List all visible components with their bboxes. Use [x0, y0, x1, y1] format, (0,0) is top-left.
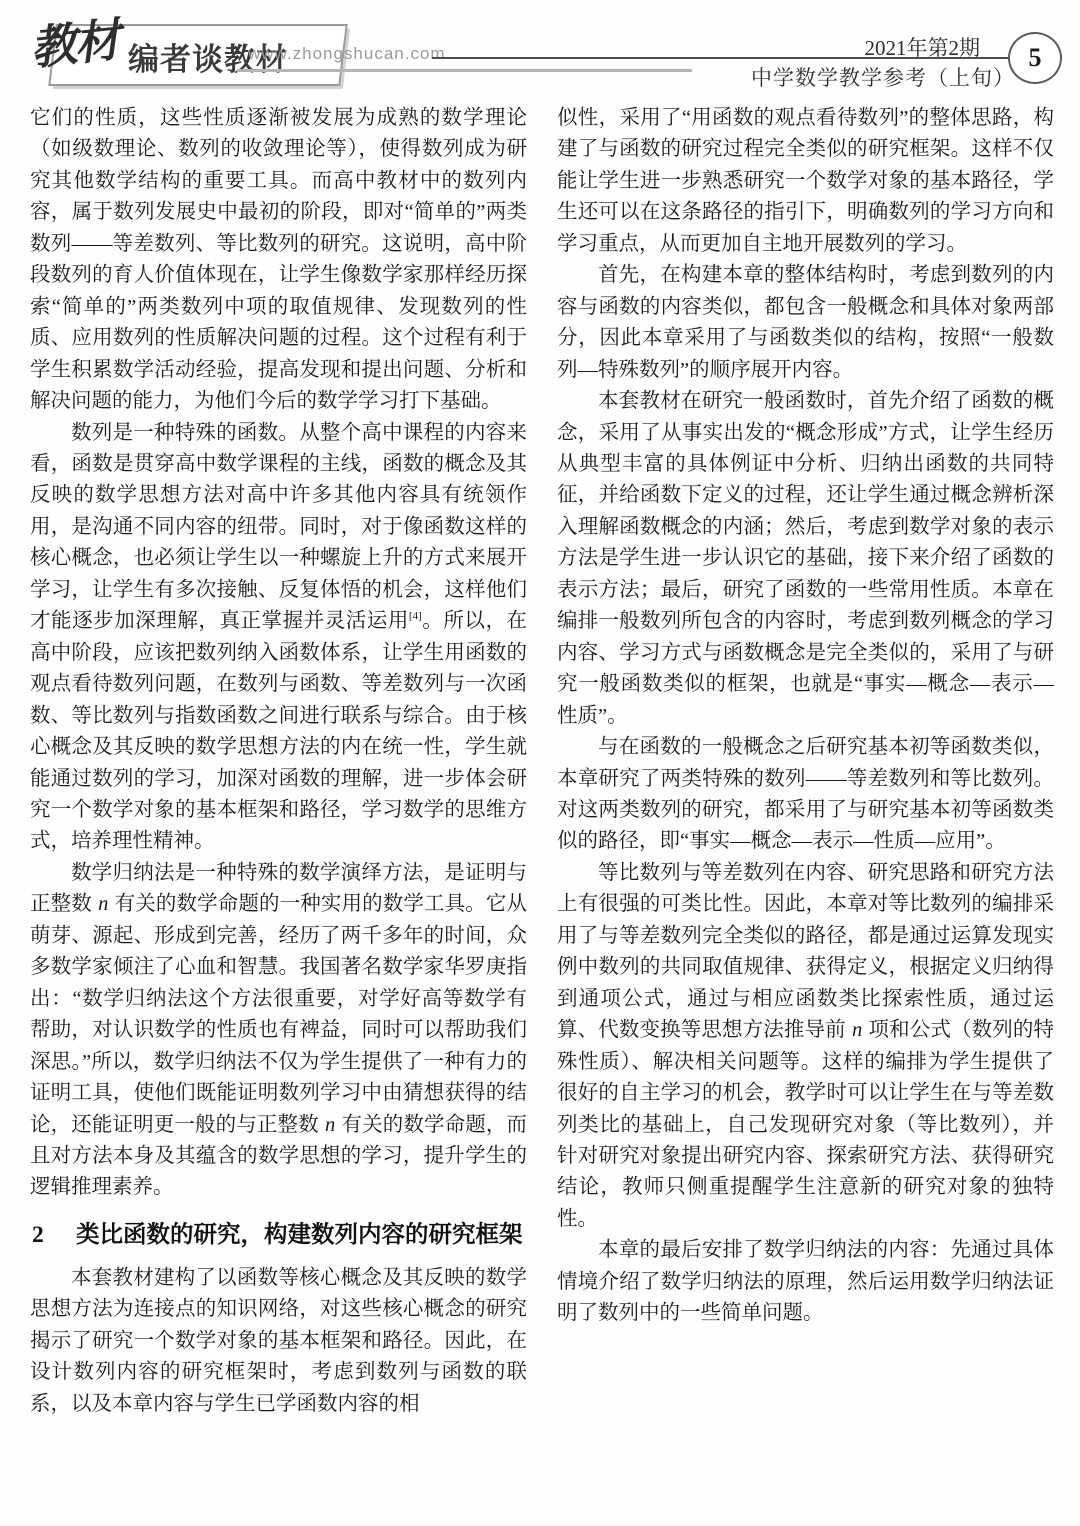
paragraph: 本章的最后安排了数学归纳法的内容：先通过具体情境介绍了数学归纳法的原理，然后运用…: [557, 1235, 1054, 1329]
page-header: 教材 编者谈教材 www.zhongshucan.com 2021年第2期 中学…: [0, 0, 1080, 100]
section-heading: 2类比函数的研究，构建数列内容的研究框架: [30, 1217, 527, 1254]
header-rule-gray: [237, 69, 692, 72]
paragraph: 与在函数的一般概念之后研究基本初等函数类似，本章研究了两类特殊的数列——等差数列…: [557, 732, 1054, 858]
paragraph: 数学归纳法是一种特殊的数学演绎方法，是证明与正整数 n 有关的数学命题的一种实用…: [30, 858, 527, 1204]
journal-page: 教材 编者谈教材 www.zhongshucan.com 2021年第2期 中学…: [0, 0, 1080, 1526]
section-number: 2: [32, 1217, 44, 1254]
right-column: 似性，采用了“用函数的观点看待数列”的整体思路，构建了与函数的研究过程完全类似的…: [557, 103, 1054, 1330]
paragraph: 本套教材在研究一般函数时，首先介绍了函数的概念，采用了从事实出发的“概念形成”方…: [557, 386, 1054, 732]
paragraph: 数列是一种特殊的函数。从整个高中课程的内容来看，函数是贯穿高中数学课程的主线，函…: [30, 418, 527, 858]
issue-number: 2021年第2期: [760, 32, 980, 62]
website-url: www.zhongshucan.com: [248, 44, 446, 64]
paragraph: 等比数列与等差数列在内容、研究思路和研究方法上有很强的可类比性。因此，本章对等比…: [557, 858, 1054, 1235]
logo-script-text: 教材: [27, 4, 121, 79]
paragraph: 首先，在构建本章的整体结构时，考虑到数列的内容与函数的内容类似，都包含一般概念和…: [557, 260, 1054, 386]
paragraph: 似性，采用了“用函数的观点看待数列”的整体思路，构建了与函数的研究过程完全类似的…: [557, 103, 1054, 260]
section-title: 类比函数的研究，构建数列内容的研究框架: [76, 1222, 523, 1248]
journal-name: 中学数学教学参考（上旬）: [700, 62, 1015, 92]
left-column: 它们的性质，这些性质逐渐被发展为成熟的数学理论（如级数理论、数列的收敛理论等），…: [30, 103, 527, 1420]
page-number: 5: [1029, 43, 1042, 73]
paragraph: 本套教材建构了以函数等核心概念及其反映的数学思想方法为连接点的知识网络，对这些核…: [30, 1263, 527, 1420]
page-number-badge: 5: [1008, 32, 1062, 84]
paragraph: 它们的性质，这些性质逐渐被发展为成熟的数学理论（如级数理论、数列的收敛理论等），…: [30, 103, 527, 418]
